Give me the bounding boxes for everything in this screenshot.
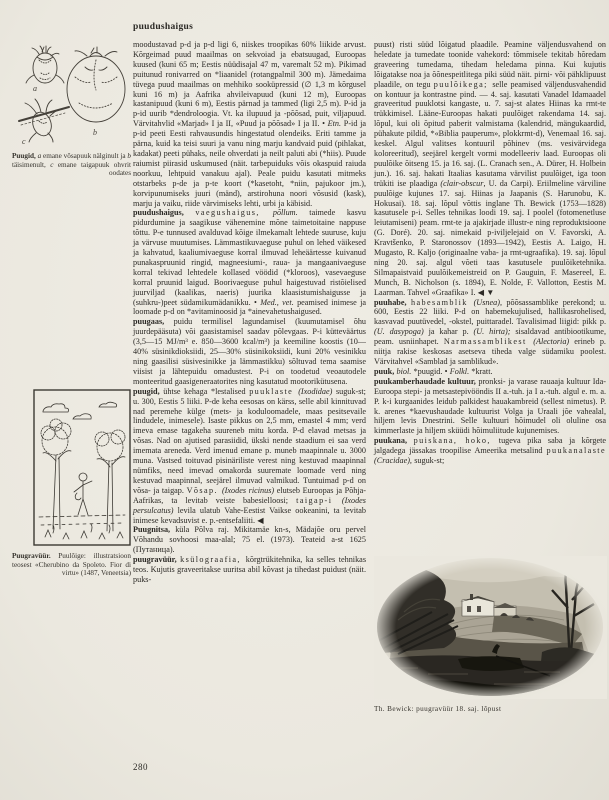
bewick-caption: Th. Bewick: puugravüür 18. saj. lõpust bbox=[374, 705, 607, 714]
bewick-engraving bbox=[374, 556, 607, 699]
ticks-illustration: a b c bbox=[15, 45, 131, 148]
right-column: puust) risti süüd lõigatud plaadile. Pea… bbox=[374, 40, 606, 466]
woodcut-illustration bbox=[33, 389, 131, 546]
woodcut-caption: Puugravüür. Puulõige: illustratsioon teo… bbox=[12, 552, 131, 578]
left-column: moodustavad p-d ja p-d ligi 6, niiskes t… bbox=[133, 40, 366, 585]
encyclopedia-page: puudushaigus bbox=[0, 0, 609, 800]
ticks-figure: a b c bbox=[15, 45, 131, 148]
tick-label-c: c bbox=[22, 137, 26, 146]
ticks-caption: Puugid, a emane võsapuuk nälginult ja b … bbox=[12, 152, 131, 178]
bewick-engraving-figure bbox=[374, 556, 607, 699]
running-head: puudushaigus bbox=[133, 22, 193, 32]
tick-label-a: a bbox=[33, 84, 37, 93]
page-number: 280 bbox=[133, 762, 148, 772]
woodcut-figure bbox=[33, 389, 131, 546]
tick-label-b: b bbox=[93, 128, 97, 137]
